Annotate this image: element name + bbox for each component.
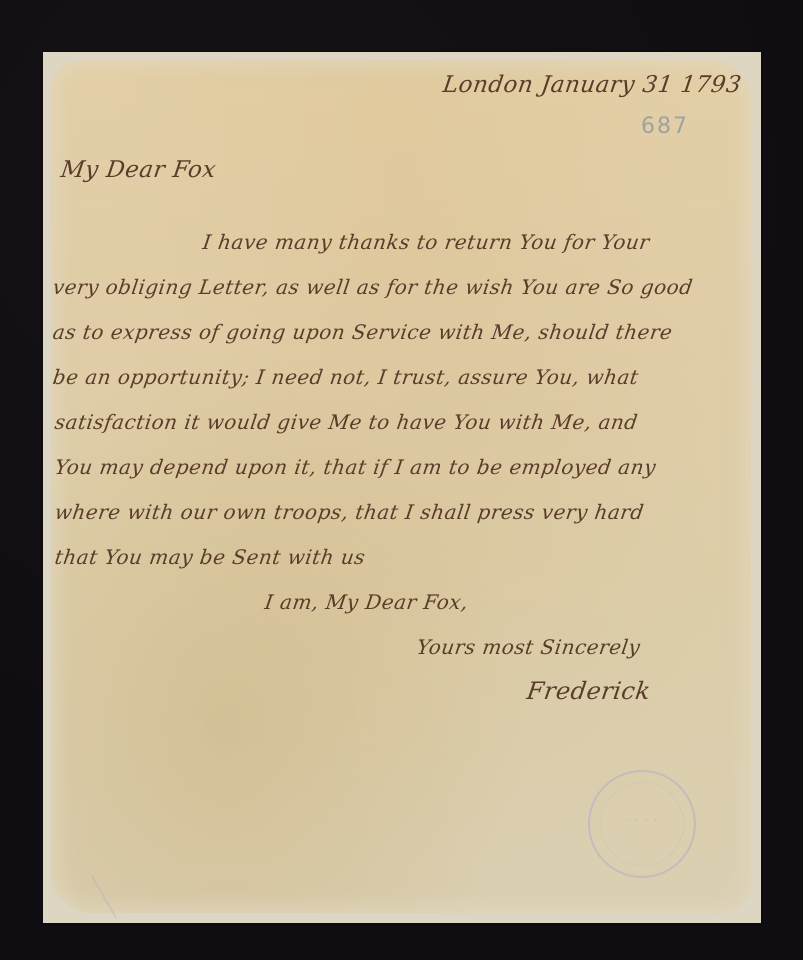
body-line: where with our own troops, that I shall … [53, 500, 645, 524]
library-stamp: · · · · [588, 770, 696, 878]
body-line: I have many thanks to return You for You… [201, 230, 651, 254]
salutation: My Dear Fox [59, 157, 218, 183]
closing-line: I am, My Dear Fox, [263, 590, 470, 614]
letter-paper: London January 31 1793 687 My Dear Fox I… [43, 52, 761, 923]
body-line: satisfaction it would give Me to have Yo… [53, 410, 639, 434]
body-line: You may depend upon it, that if I am to … [53, 455, 657, 479]
stamp-text: · · · · [590, 816, 694, 826]
body-line: be an opportunity; I need not, I trust, … [51, 365, 640, 389]
body-line: as to express of going upon Service with… [51, 320, 674, 344]
dateline: London January 31 1793 [441, 72, 743, 98]
closing-line: Yours most Sincerely [415, 635, 642, 659]
body-line: very obliging Letter, as well as for the… [51, 275, 694, 299]
body-line: that You may be Sent with us [53, 545, 367, 569]
signature: Frederick [525, 677, 652, 705]
archive-number: 687 [641, 114, 689, 139]
